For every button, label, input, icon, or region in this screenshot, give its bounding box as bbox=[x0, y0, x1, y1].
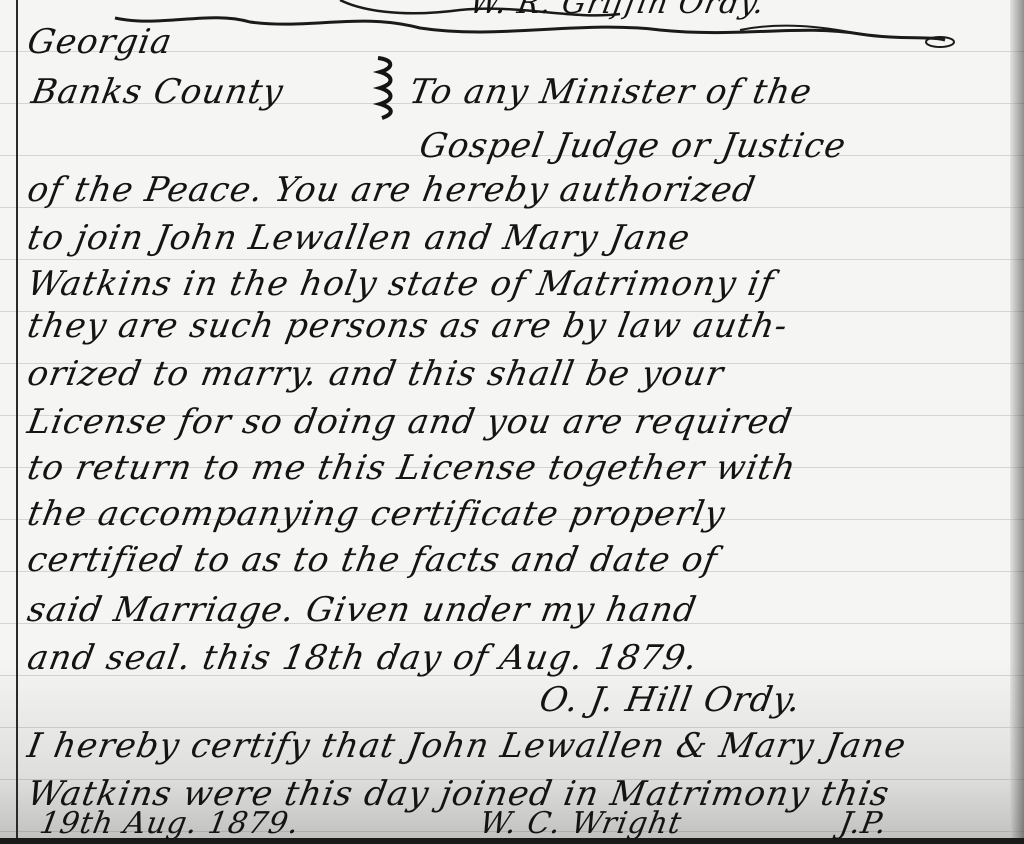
certificate-line-3: 19th Aug. 1879. bbox=[37, 806, 302, 841]
certificate-line-1: I hereby certify that John Lewallen & Ma… bbox=[24, 726, 909, 766]
issuer-signature: O. J. Hill Ordy. bbox=[536, 680, 804, 720]
license-line-7: orized to marry. and this shall be your bbox=[24, 354, 727, 394]
license-line-3: of the Peace. You are hereby authorized bbox=[24, 170, 758, 210]
license-line-11: certified to as to the facts and date of bbox=[24, 540, 720, 580]
officiant-title: J.P. bbox=[837, 806, 890, 841]
left-margin-rule bbox=[16, 0, 18, 844]
license-line-13: and seal. this 18th day of Aug. 1879. bbox=[24, 638, 701, 678]
license-line-10: the accompanying certificate properly bbox=[24, 494, 728, 534]
scanned-ledger-page: W. R. Griffin Ordy. Georgia Banks County… bbox=[0, 0, 1024, 844]
license-line-6: they are such persons as are by law auth… bbox=[24, 306, 791, 346]
license-line-2: Gospel Judge or Justice bbox=[416, 126, 849, 166]
license-line-9: to return to me this License together wi… bbox=[24, 448, 799, 488]
officiant-signature: W. C. Wright bbox=[477, 806, 685, 841]
page-edge-shadow bbox=[1010, 0, 1024, 844]
state-heading: Georgia bbox=[24, 22, 175, 62]
license-line-8: License for so doing and you are require… bbox=[24, 402, 795, 442]
license-line-4: to join John Lewallen and Mary Jane bbox=[24, 218, 693, 258]
license-line-5: Watkins in the holy state of Matrimony i… bbox=[24, 264, 777, 304]
license-line-12: said Marriage. Given under my hand bbox=[24, 590, 699, 630]
county-heading: Banks County bbox=[28, 72, 286, 112]
license-line-1: To any Minister of the bbox=[406, 72, 815, 112]
brace-icon bbox=[372, 52, 402, 122]
header-fragment: W. R. Griffin Ordy. bbox=[467, 0, 768, 21]
